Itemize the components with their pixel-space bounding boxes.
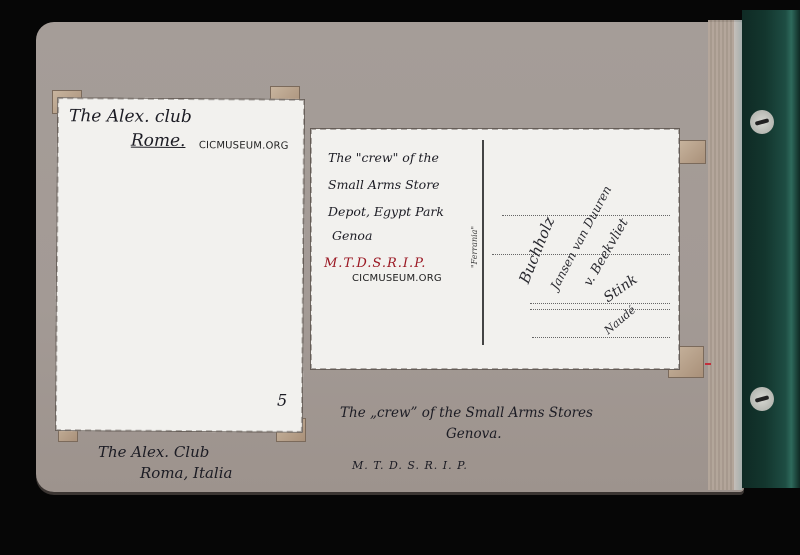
left-card-caption-line2: Rome. [131,128,186,155]
right-card-note-line3: Depot, Egypt Park [328,202,444,221]
right-card-note-line2: Small Arms Store [328,175,440,194]
postcard-divider-line [482,140,484,345]
address-line-3 [530,303,670,304]
right-card-note-line4: Genoa [332,226,372,245]
binding-screw-bottom-icon [750,387,774,411]
page-caption-right-line3: M. T. D. S. R. I. P. [352,457,468,474]
left-card-caption-line1: The Alex. club [69,103,192,130]
page-stack-edges [708,20,742,490]
page-caption-left-line1: The Alex. Club [98,441,209,464]
signature-2: Jansen van Duuren [548,183,615,292]
right-card-note-line1: The "crew" of the [328,148,439,167]
right-card-watermark: CICMUSEUM.ORG [352,273,442,284]
address-line-2 [492,254,670,255]
ferrania-label: "Ferrania" [470,226,479,268]
page-caption-right-line1: The „crew” of the Small Arms Stores [340,403,593,424]
right-card-red-initials: M.T.D.S.R.I.P. [324,254,426,274]
page-caption-left-line2: Roma, Italia [140,462,232,485]
page-caption-right-line2: Genova. [446,424,502,445]
red-ink-mark [705,363,711,365]
address-line-4 [530,309,670,310]
left-card-watermark: CICMUSEUM.ORG [199,140,289,152]
left-postcard-back: The Alex. club Rome. CICMUSEUM.ORG 5 [55,97,305,433]
right-postcard-back: The "crew" of the Small Arms Store Depot… [310,128,680,370]
left-card-number: 5 [277,389,287,414]
signature-4: Stink [601,272,641,306]
address-line-5 [532,337,670,338]
photo-corner-right-top [676,140,706,164]
binding-screw-top-icon [750,110,774,134]
album-binding [742,10,800,488]
